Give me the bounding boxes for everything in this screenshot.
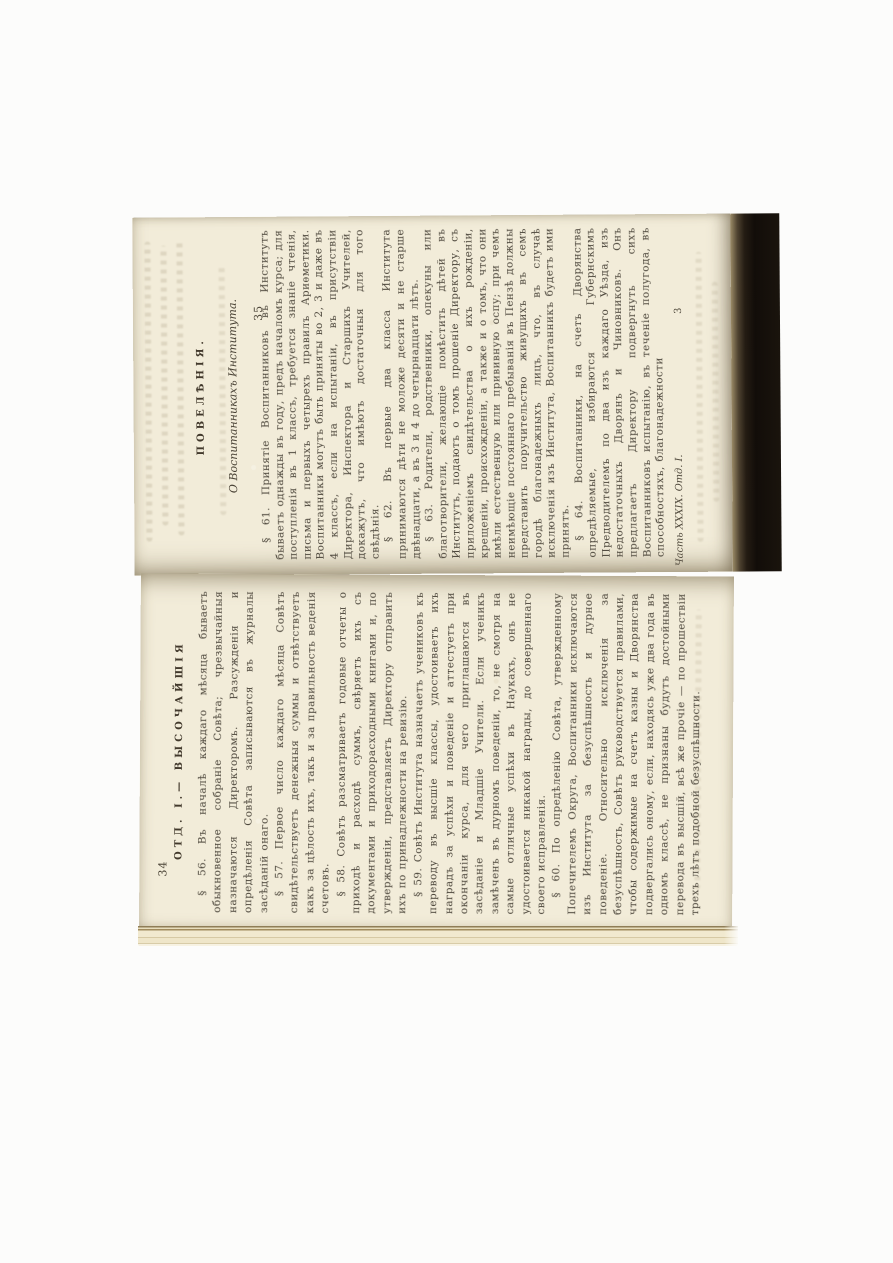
page-edge-stack bbox=[138, 926, 738, 946]
paragraph: § 63. Родители, родственники, опекуны ил… bbox=[421, 228, 573, 559]
running-head-left: ОТД. І.— ВЫСОЧАЙШІЯ bbox=[173, 574, 186, 927]
scanned-page-35: ПОВЕЛѢНІЯ. 35 О Воспитанникахъ Института… bbox=[132, 213, 781, 576]
paragraph: § 58. Совѣтъ разсматриваетъ годовые отче… bbox=[334, 591, 413, 913]
scanned-page-34: ОТД. І.— ВЫСОЧАЙШІЯ 34 § 56. Въ началѣ к… bbox=[139, 573, 734, 929]
page-34-paper: ОТД. І.— ВЫСОЧАЙШІЯ 34 § 56. Въ началѣ к… bbox=[139, 573, 734, 929]
bleedthrough-ghost bbox=[712, 282, 720, 502]
paragraph: § 59. Совѣтъ Института назначаетъ ученик… bbox=[411, 592, 551, 915]
page-number-34: 34 bbox=[156, 861, 169, 877]
running-head-right: ПОВЕЛѢНІЯ. bbox=[194, 217, 207, 575]
bleedthrough-ghost bbox=[160, 246, 168, 526]
paragraph: § 62. Въ первые два класса Института при… bbox=[381, 229, 424, 559]
signature-mark: 3 bbox=[673, 308, 684, 314]
paragraph: § 57. Первое число каждаго мѣсяца Совѣтъ… bbox=[272, 591, 335, 913]
page-35-paper: ПОВЕЛѢНІЯ. 35 О Воспитанникахъ Института… bbox=[132, 214, 732, 576]
paragraph: § 64. Воспитанники, на счетъ Дворянства … bbox=[571, 227, 668, 558]
section-heading: О Воспитанникахъ Института. bbox=[225, 217, 240, 575]
bleedthrough-ghost bbox=[176, 240, 184, 535]
volume-footer-label: Часть XXXIX. Отд. I. bbox=[674, 455, 686, 566]
scan-shadow-band bbox=[730, 213, 781, 571]
paragraph: § 56. Въ началѣ каждаго мѣсяца бываетъ о… bbox=[195, 591, 274, 913]
page-35-footer: Часть XXXIX. Отд. I. 3 bbox=[672, 214, 690, 572]
scanned-book-screenshot: { "document": { "background_color": "#fc… bbox=[0, 0, 893, 1263]
page-35-body: § 61. Принятіе Воспитанниковъ въ Институ… bbox=[258, 227, 668, 560]
page-34-body: § 56. Въ началѣ каждаго мѣсяца бываетъ о… bbox=[195, 591, 705, 916]
bleedthrough-ghost bbox=[696, 252, 704, 542]
paragraph: § 61. Принятіе Воспитанниковъ въ Институ… bbox=[258, 229, 383, 560]
bleedthrough-ghost bbox=[144, 242, 152, 542]
paragraph: § 60. По опредѣленію Совѣта, утвержденно… bbox=[549, 593, 705, 916]
page-edge-stack-fade bbox=[724, 926, 742, 946]
